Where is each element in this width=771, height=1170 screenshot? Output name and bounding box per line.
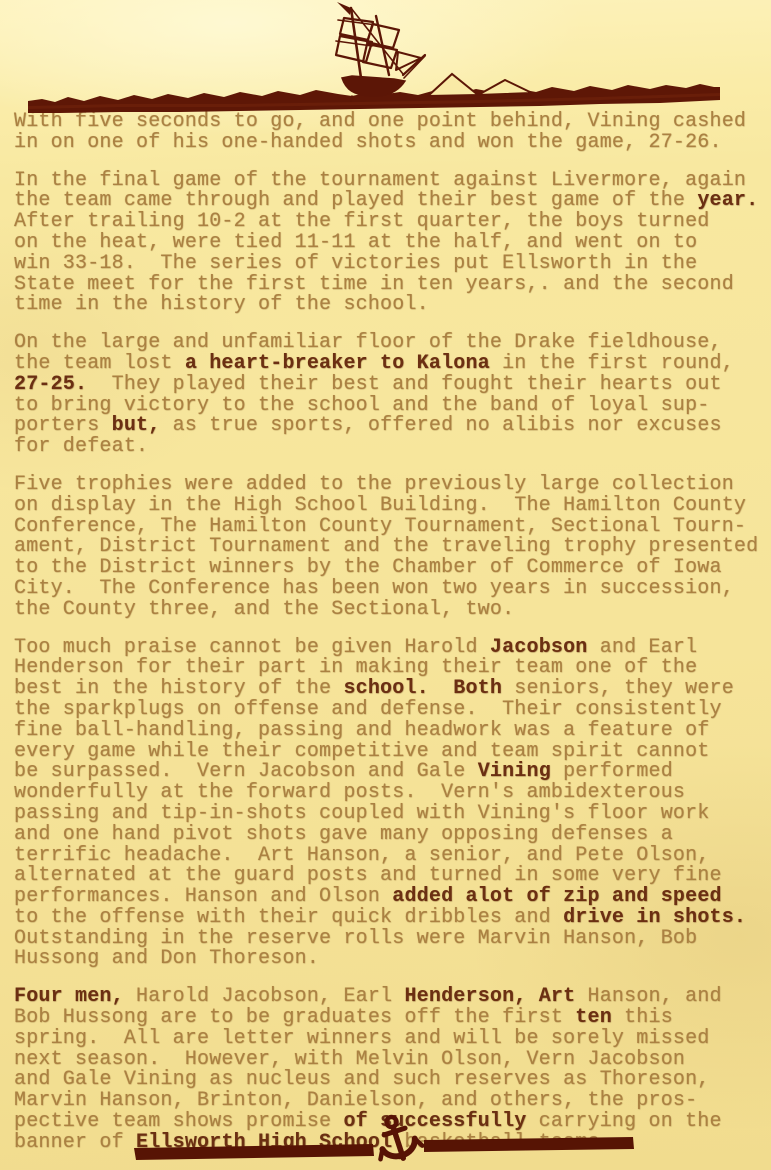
typewriter-text: Hussong and Don Thoreson. [14, 947, 319, 970]
horizon-rule-icon [28, 84, 720, 113]
text-line: 27-25. They played their best and fought… [14, 375, 764, 396]
typewriter-text: City. The Conference has been won two ye… [14, 577, 734, 600]
overstruck-text: school. Both [343, 677, 502, 700]
text-line: fine ball-handling, passing and headwork… [14, 721, 764, 742]
typewriter-text: time in the history of the school. [14, 293, 429, 316]
text-line: in on one of his one-handed shots and wo… [14, 133, 764, 154]
typewriter-text: They played their best and fought their … [87, 373, 722, 396]
typewriter-text: wonderfully at the forward posts. Vern's… [14, 781, 685, 804]
text-line: time in the history of the school. [14, 295, 764, 316]
typewriter-text: Marvin Hanson, Brinton, Danielson, and o… [14, 1089, 697, 1112]
document-body: With five seconds to go, and one point b… [14, 112, 764, 1170]
text-line: best in the history of the school. Both … [14, 679, 764, 700]
text-line: the County three, and the Sectional, two… [14, 600, 764, 621]
typewriter-text: Harold Jacobson, Earl [124, 985, 405, 1008]
typewriter-text: in the first round, [490, 352, 734, 375]
typewriter-text: be surpassed. Vern Jacobson and Gale [14, 760, 478, 783]
text-line: the team lost a heart-breaker to Kalona … [14, 354, 764, 375]
overstruck-text: of successfully [343, 1110, 526, 1133]
typewriter-text: carrying on the [526, 1110, 721, 1133]
text-line: Five trophies were added to the previous… [14, 475, 764, 496]
typewriter-text: and one hand pivot shots gave many oppos… [14, 823, 673, 846]
typewriter-text: to the District winners by the Chamber o… [14, 556, 722, 579]
paragraph: On the large and unfamiliar floor of the… [14, 333, 764, 458]
typewriter-text: to the offense with their quick dribbles… [14, 906, 563, 929]
scanned-page: With five seconds to go, and one point b… [0, 0, 771, 1170]
text-line: to the offense with their quick dribbles… [14, 908, 764, 929]
text-line: for defeat. [14, 437, 764, 458]
typewriter-text: On the large and unfamiliar floor of the… [14, 331, 722, 354]
typewriter-text [527, 985, 539, 1008]
typewriter-text: ament, District Tournament and the trave… [14, 535, 758, 558]
typewriter-text: After trailing 10-2 at the first quarter… [14, 210, 710, 233]
text-line: On the large and unfamiliar floor of the… [14, 333, 764, 354]
typewriter-text: the sparkplugs on offense and defense. T… [14, 698, 722, 721]
typewriter-text: basketball teams. [392, 1131, 612, 1154]
typewriter-text: performances. Hanson and Olson [14, 885, 392, 908]
text-line: performances. Hanson and Olson added alo… [14, 887, 764, 908]
text-line: With five seconds to go, and one point b… [14, 112, 764, 133]
text-line: Hussong and Don Thoreson. [14, 949, 764, 970]
typewriter-text: spring. All are letter winners and will … [14, 1027, 710, 1050]
typewriter-text: performed [551, 760, 673, 783]
typewriter-text: the team lost [14, 352, 185, 375]
text-line: Henderson for their part in making their… [14, 658, 764, 679]
typewriter-text: With five seconds to go, and one point b… [14, 110, 746, 133]
text-line: Four men, Harold Jacobson, Earl Henderso… [14, 987, 764, 1008]
text-line: and one hand pivot shots gave many oppos… [14, 825, 764, 846]
typewriter-text: fine ball-handling, passing and headwork… [14, 719, 710, 742]
overstruck-text: Vining [478, 760, 551, 783]
typewriter-text: passing and tip-in-shots coupled with Vi… [14, 802, 710, 825]
typewriter-text: best in the history of the [14, 677, 343, 700]
overstruck-text: year. [697, 189, 758, 212]
text-line: passing and tip-in-shots coupled with Vi… [14, 804, 764, 825]
text-line: spring. All are letter winners and will … [14, 1029, 764, 1050]
text-line: banner of Ellsworth High School basketba… [14, 1133, 764, 1154]
typewriter-text: the County three, and the Sectional, two… [14, 598, 514, 621]
hills-icon [428, 74, 532, 96]
typewriter-text: on display in the High School Building. … [14, 494, 746, 517]
text-line: After trailing 10-2 at the first quarter… [14, 212, 764, 233]
typewriter-text: for defeat. [14, 435, 148, 458]
typewriter-text: Henderson for their part in making their… [14, 656, 697, 679]
overstruck-text: a heart-breaker to Kalona [185, 352, 490, 375]
overstruck-text: Henderson, [404, 985, 526, 1008]
text-line: on the heat, were tied 11-11 at the half… [14, 233, 764, 254]
text-line: win 33-18. The series of victories put E… [14, 254, 764, 275]
typewriter-text: alternated at the guard posts and turned… [14, 864, 722, 887]
overstruck-text: but, [112, 414, 161, 437]
text-line: City. The Conference has been won two ye… [14, 579, 764, 600]
text-line: Marvin Hanson, Brinton, Danielson, and o… [14, 1091, 764, 1112]
typewriter-text: seniors, they were [502, 677, 734, 700]
typewriter-text: pective team shows promise [14, 1110, 343, 1133]
overstruck-text: Four men, [14, 985, 124, 1008]
text-line: be surpassed. Vern Jacobson and Gale Vin… [14, 762, 764, 783]
typewriter-text: Five trophies were added to the previous… [14, 473, 734, 496]
paragraph: With five seconds to go, and one point b… [14, 112, 764, 154]
paragraph: In the final game of the tournament agai… [14, 171, 764, 317]
typewriter-text: as true sports, offered no alibis nor ex… [160, 414, 721, 437]
overstruck-text: Art [539, 985, 576, 1008]
typewriter-text: win 33-18. The series of victories put E… [14, 252, 697, 275]
paragraph: Too much praise cannot be given Harold J… [14, 638, 764, 971]
text-line: Bob Hussong are to be graduates off the … [14, 1008, 764, 1029]
overstruck-text: 27-25. [14, 373, 87, 396]
typewriter-text: Bob Hussong are to be graduates off the … [14, 1006, 575, 1029]
text-line: pective team shows promise of successful… [14, 1112, 764, 1133]
text-line: alternated at the guard posts and turned… [14, 866, 764, 887]
paragraph: Five trophies were added to the previous… [14, 475, 764, 621]
typewriter-text: the team came through and played their b… [14, 189, 697, 212]
overstruck-text: added alot of zip and speed [392, 885, 721, 908]
typewriter-text: Hanson, and [575, 985, 721, 1008]
text-line: to the District winners by the Chamber o… [14, 558, 764, 579]
typewriter-text: on the heat, were tied 11-11 at the half… [14, 231, 697, 254]
paragraph: Four men, Harold Jacobson, Earl Henderso… [14, 987, 764, 1153]
typewriter-text: this [612, 1006, 673, 1029]
overstruck-text: ten [575, 1006, 612, 1029]
ship-icon [336, 2, 425, 101]
typewriter-text: banner of [14, 1131, 136, 1154]
overstruck-text: Ellsworth High School [136, 1131, 392, 1154]
typewriter-text: porters [14, 414, 112, 437]
typewriter-text: in on one of his one-handed shots and wo… [14, 131, 722, 154]
text-line: wonderfully at the forward posts. Vern's… [14, 783, 764, 804]
overstruck-text: drive in shots. [563, 906, 746, 929]
text-line: the sparkplugs on offense and defense. T… [14, 700, 764, 721]
text-line: on display in the High School Building. … [14, 496, 764, 517]
